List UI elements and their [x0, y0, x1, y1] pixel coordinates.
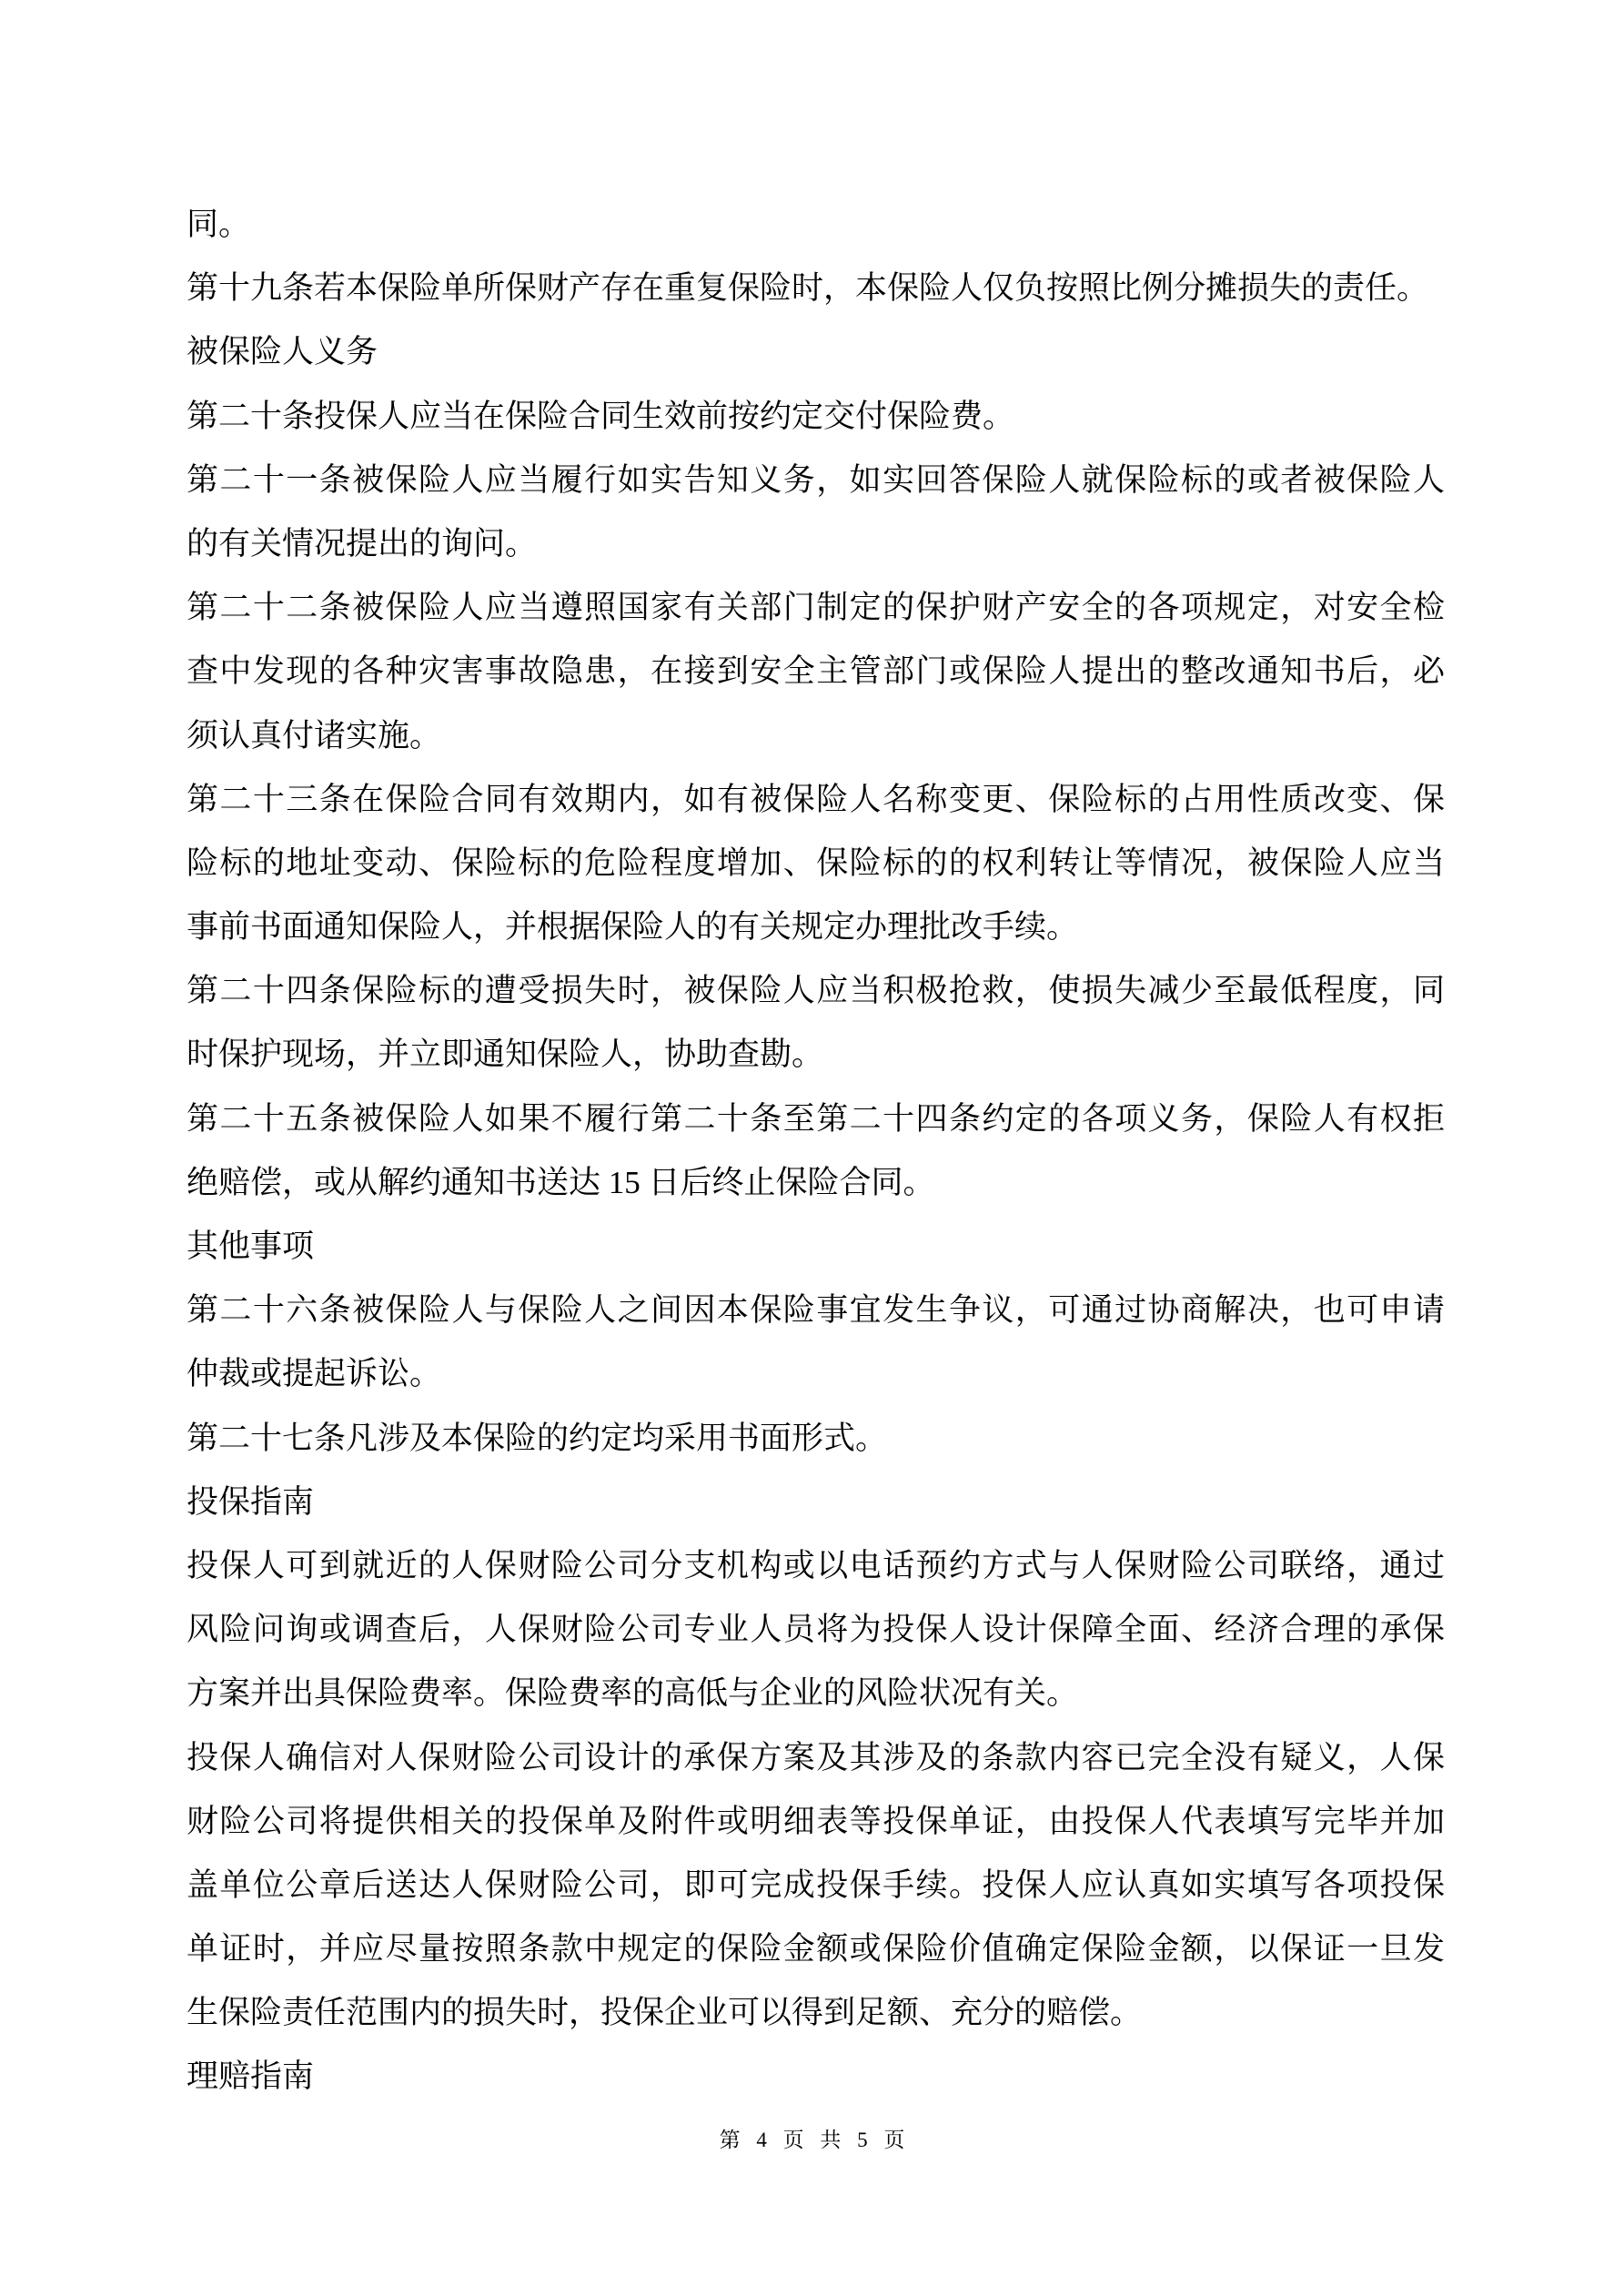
text-line: 第二十六条被保险人与保险人之间因本保险事宜发生争议，可通过协商解决，也可申请: [187, 1279, 1445, 1342]
text-line: 险标的地址变动、保险标的危险程度增加、保险标的的权利转让等情况，被保险人应当: [187, 832, 1445, 895]
text-line: 查中发现的各种灾害事故隐患，在接到安全主管部门或保险人提出的整改通知书后，必: [187, 640, 1445, 703]
page-number-footer: 第 4 页 共 5 页: [0, 2125, 1624, 2156]
text-line: 第二十条投保人应当在保险合同生效前按约定交付保险费。: [187, 385, 1445, 449]
text-line: 第二十一条被保险人应当履行如实告知义务，如实回答保险人就保险标的或者被保险人: [187, 449, 1445, 512]
text-line: 第二十七条凡涉及本保险的约定均采用书面形式。: [187, 1407, 1445, 1471]
text-line: 第十九条若本保险单所保财产存在重复保险时，本保险人仅负按照比例分摊损失的责任。: [187, 257, 1445, 320]
text-line: 第二十四条保险标的遭受损失时，被保险人应当积极抢救，使损失减少至最低程度，同: [187, 959, 1445, 1023]
text-line: 投保人可到就近的人保财险公司分支机构或以电话预约方式与人保财险公司联络，通过: [187, 1534, 1445, 1598]
text-line: 事前书面通知保险人，并根据保险人的有关规定办理批改手续。: [187, 895, 1445, 959]
text-line: 其他事项: [187, 1215, 1445, 1279]
text-line: 被保险人义务: [187, 320, 1445, 384]
document-body: 同。第十九条若本保险单所保财产存在重复保险时，本保险人仅负按照比例分摊损失的责任…: [187, 193, 1445, 2109]
text-line: 绝赔偿，或从解约通知书送达 15 日后终止保险合同。: [187, 1151, 1445, 1215]
text-line: 仲裁或提起诉讼。: [187, 1342, 1445, 1406]
text-line: 方案并出具保险费率。保险费率的高低与企业的风险状况有关。: [187, 1662, 1445, 1725]
text-line: 投保人确信对人保财险公司设计的承保方案及其涉及的条款内容已完全没有疑义，人保: [187, 1726, 1445, 1790]
text-line: 财险公司将提供相关的投保单及附件或明细表等投保单证，由投保人代表填写完毕并加: [187, 1790, 1445, 1854]
document-page: 同。第十九条若本保险单所保财产存在重复保险时，本保险人仅负按照比例分摊损失的责任…: [0, 0, 1624, 2296]
text-line: 第二十三条在保险合同有效期内，如有被保险人名称变更、保险标的占用性质改变、保: [187, 768, 1445, 832]
text-line: 理赔指南: [187, 2045, 1445, 2109]
text-line: 同。: [187, 193, 1445, 257]
text-line: 盖单位公章后送达人保财险公司，即可完成投保手续。投保人应认真如实填写各项投保: [187, 1854, 1445, 1917]
text-line: 第二十五条被保险人如果不履行第二十条至第二十四条约定的各项义务，保险人有权拒: [187, 1087, 1445, 1151]
text-line: 生保险责任范围内的损失时，投保企业可以得到足额、充分的赔偿。: [187, 1981, 1445, 2045]
text-line: 第二十二条被保险人应当遵照国家有关部门制定的保护财产安全的各项规定，对安全检: [187, 576, 1445, 640]
text-line: 时保护现场，并立即通知保险人，协助查勘。: [187, 1023, 1445, 1087]
text-line: 投保指南: [187, 1471, 1445, 1534]
text-line: 须认真付诸实施。: [187, 704, 1445, 768]
text-line: 单证时，并应尽量按照条款中规定的保险金额或保险价值确定保险金额，以保证一旦发: [187, 1917, 1445, 1981]
text-line: 的有关情况提出的询问。: [187, 512, 1445, 576]
text-line: 风险问询或调查后，人保财险公司专业人员将为投保人设计保障全面、经济合理的承保: [187, 1598, 1445, 1662]
